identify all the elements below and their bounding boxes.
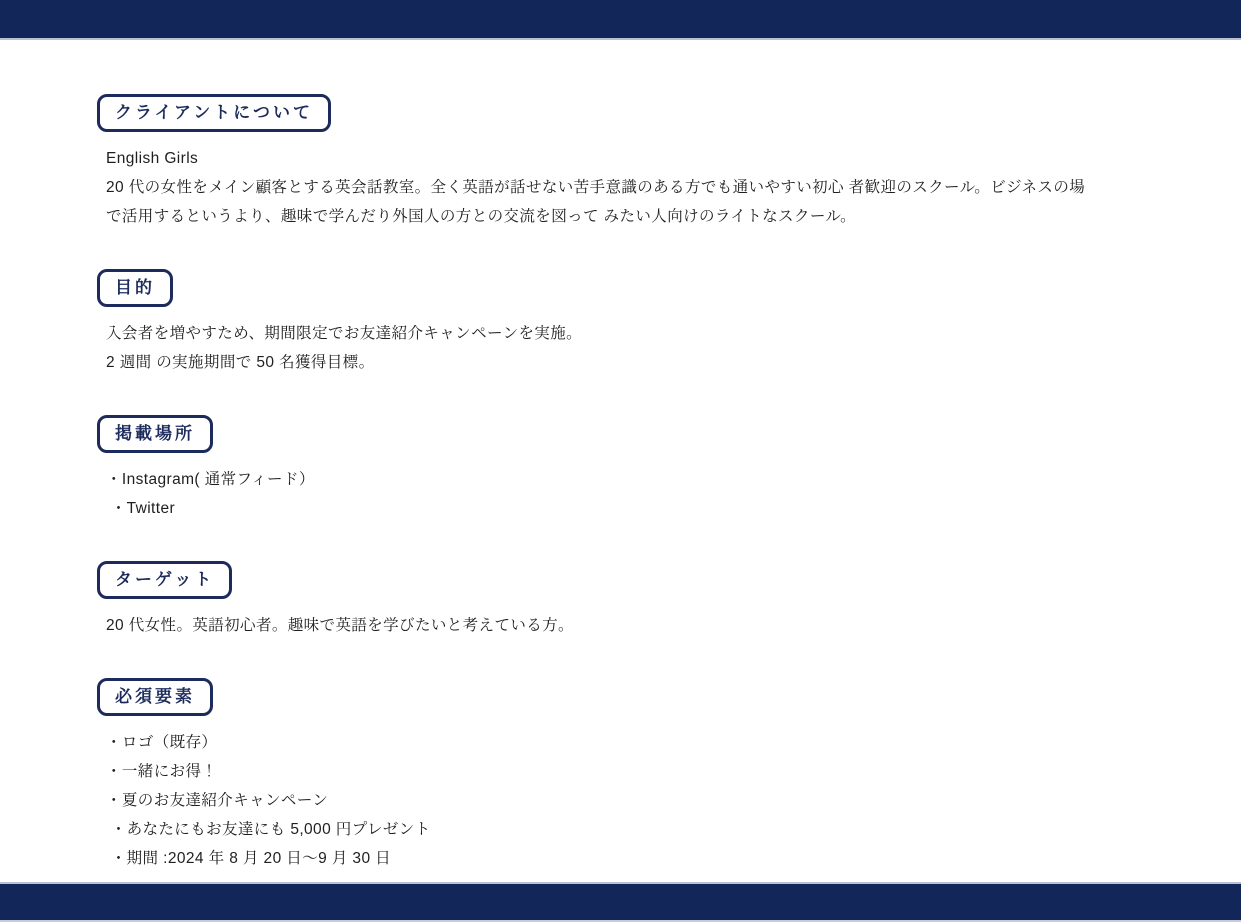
purpose-line: 入会者を増やすため、期間限定でお友達紹介キャンペーンを実施。: [106, 319, 1157, 348]
section-purpose-badge: 目的: [97, 269, 173, 307]
section-required: 必須要素 ・ロゴ（既存） ・一緒にお得！ ・夏のお友達紹介キャンペーン ・あなた…: [97, 678, 1157, 873]
top-accent-bar: [0, 0, 1241, 40]
section-purpose-body: 入会者を増やすため、期間限定でお友達紹介キャンペーンを実施。 2 週間 の実施期…: [97, 319, 1157, 377]
section-required-body: ・ロゴ（既存） ・一緒にお得！ ・夏のお友達紹介キャンペーン ・あなたにもお友達…: [97, 728, 1157, 873]
list-item-present: ・あなたにもお友達にも 5,000 円プレゼント: [106, 815, 1157, 844]
section-purpose: 目的 入会者を増やすため、期間限定でお友達紹介キャンペーンを実施。 2 週間 の…: [97, 269, 1157, 377]
section-placement-body: ・Instagram( 通常フィード） ・Twitter: [97, 465, 1157, 523]
brief-content: クライアントについて English Girls 20 代の女性をメイン顧客とす…: [97, 94, 1157, 911]
section-target: ターゲット 20 代女性。英語初心者。趣味で英語を学びたいと考えている方。: [97, 561, 1157, 640]
purpose-goal-line: 2 週間 の実施期間で 50 名獲得目標。: [106, 348, 1157, 377]
section-placement: 掲載場所 ・Instagram( 通常フィード） ・Twitter: [97, 415, 1157, 523]
section-required-badge: 必須要素: [97, 678, 213, 716]
target-line: 20 代女性。英語初心者。趣味で英語を学びたいと考えている方。: [106, 611, 1157, 640]
brief-page: クライアントについて English Girls 20 代の女性をメイン顧客とす…: [0, 0, 1241, 922]
list-item-period: ・期間 :2024 年 8 月 20 日〜9 月 30 日: [106, 844, 1157, 873]
section-client-body: English Girls 20 代の女性をメイン顧客とする英会話教室。全く英語…: [97, 144, 1157, 231]
client-description-line: で活用するというより、趣味で学んだり外国人の方との交流を図って みたい人向けのラ…: [106, 202, 1157, 231]
section-target-body: 20 代女性。英語初心者。趣味で英語を学びたいと考えている方。: [97, 611, 1157, 640]
client-name-line: English Girls: [106, 144, 1157, 173]
list-item-campaign-title: ・夏のお友達紹介キャンペーン: [106, 786, 1157, 815]
list-item-copy-otoku: ・一緒にお得！: [106, 757, 1157, 786]
section-target-badge: ターゲット: [97, 561, 232, 599]
list-item-twitter: ・Twitter: [106, 494, 1157, 523]
bottom-accent-bar: [0, 882, 1241, 922]
section-placement-badge: 掲載場所: [97, 415, 213, 453]
list-item-logo: ・ロゴ（既存）: [106, 728, 1157, 757]
client-description-line: 20 代の女性をメイン顧客とする英会話教室。全く英語が話せない苦手意識のある方で…: [106, 173, 1157, 202]
list-item-instagram: ・Instagram( 通常フィード）: [106, 465, 1157, 494]
section-client-badge: クライアントについて: [97, 94, 331, 132]
section-client: クライアントについて English Girls 20 代の女性をメイン顧客とす…: [97, 94, 1157, 231]
